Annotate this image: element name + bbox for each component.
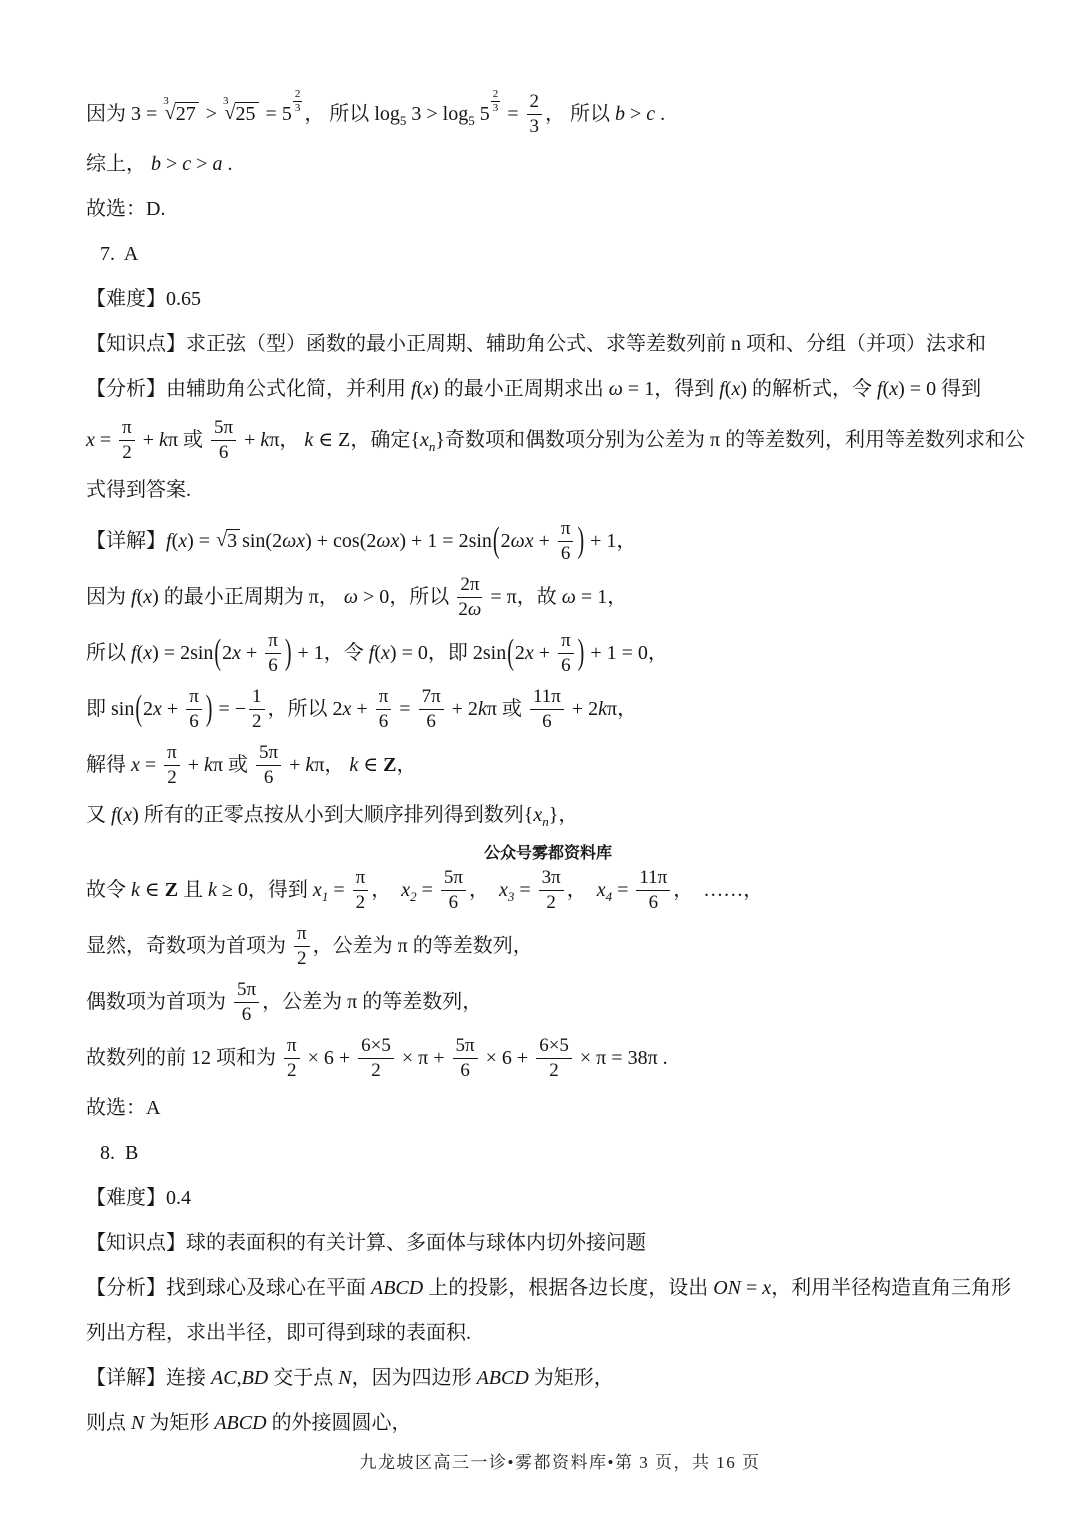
math-text: 2	[297, 948, 307, 969]
fraction: 12	[249, 686, 265, 732]
text-run: 偶数项为首项为	[86, 990, 231, 1015]
math-var: x	[762, 1276, 771, 1301]
fraction: π2	[353, 867, 369, 913]
fraction: 7π6	[419, 686, 444, 732]
numerator: 5π	[453, 1035, 478, 1058]
math-var: x	[343, 697, 352, 722]
math-var: x	[381, 641, 390, 666]
text-run: 交于点	[268, 1366, 338, 1391]
math-text: 5π	[214, 417, 233, 438]
denominator: 6	[460, 1059, 470, 1081]
text-run: 7. A	[100, 242, 138, 267]
text-run: ，即	[428, 641, 473, 666]
math-roman: 3 >	[406, 102, 442, 127]
math-roman: )	[740, 377, 747, 402]
fraction: 3π2	[539, 867, 564, 913]
math-roman: 5	[282, 102, 292, 127]
math-roman: + 2	[567, 697, 598, 722]
math-var-sub: x3	[499, 878, 514, 903]
denominator: 2	[122, 441, 132, 463]
big-paren-right: )	[206, 687, 213, 732]
math-roman: 2	[143, 697, 153, 722]
root-index: 3	[163, 95, 169, 108]
text-run: ，	[371, 878, 401, 903]
math-text: 2	[458, 599, 468, 620]
math-text: 2	[122, 442, 132, 463]
numerator: π	[558, 630, 574, 653]
math-roman: +	[534, 529, 555, 554]
text-run: 又	[86, 803, 111, 828]
math-roman: (2	[265, 529, 282, 554]
text-run: 【详解】连接	[86, 1366, 211, 1391]
denominator: 6	[379, 710, 389, 732]
text-run: ，	[567, 878, 597, 903]
math-var: k	[598, 697, 607, 722]
math-roman: ) = 0	[390, 641, 428, 666]
math-roman: +	[241, 641, 262, 666]
numerator: π	[376, 686, 392, 709]
q7-detail-2: 因为 f(x) 的最小正周期为 π， ω > 0，所以 2π2ω = π，故 ω…	[86, 569, 1016, 625]
numerator: 1	[249, 686, 265, 709]
fraction: π2	[164, 742, 180, 788]
radicand: 3	[226, 529, 240, 553]
radicand: 27	[175, 102, 199, 126]
math-roman: = π	[485, 585, 516, 610]
math-var: ABCD	[371, 1276, 423, 1301]
math-roman: ) = 2sin	[152, 641, 213, 666]
math-roman: π	[487, 697, 502, 722]
text-run: ，得到	[248, 878, 313, 903]
math-text: 7π	[422, 686, 441, 707]
q7-detail-1: 【详解】f(x) = √3sin(2ωx) + cos(2ωx) + 1 = 2…	[86, 513, 1016, 569]
math-roman: .	[222, 152, 232, 177]
text-run: 【详解】	[86, 529, 166, 554]
math-text: 5π	[456, 1035, 475, 1056]
denominator: 2	[546, 891, 556, 913]
denominator: 2	[297, 947, 307, 969]
answer-item-8: 8. B	[86, 1131, 1016, 1176]
math-roman: + 1 = 0	[585, 641, 648, 666]
math-text: π	[561, 630, 571, 651]
denominator: 6	[189, 710, 199, 732]
denominator: 3	[530, 115, 540, 137]
math-roman: 2	[515, 641, 525, 666]
math-var: ON	[713, 1276, 741, 1301]
math-text: 6×5	[361, 1035, 391, 1056]
math-var-sub: x1	[313, 878, 328, 903]
text-run: ，令	[324, 641, 369, 666]
math-roman: )	[132, 803, 139, 828]
q6-conclusion: 综上， b > c > a .	[86, 142, 1016, 187]
q8-analysis-2: 列出方程，求出半径，即可得到球的表面积.	[86, 1311, 1016, 1356]
fraction: π2	[284, 1035, 300, 1081]
math-roman: ) + cos	[305, 529, 360, 554]
math-text: π	[379, 686, 389, 707]
math-text: π	[287, 1035, 297, 1056]
q8-difficulty: 【难度】0.4	[86, 1176, 1016, 1221]
numerator: 11π	[636, 867, 670, 890]
math-text: 6	[649, 892, 659, 913]
text-run: 上的投影，根据各边长度，设出	[423, 1276, 713, 1301]
text-run: ，	[616, 529, 636, 554]
numerator: 3π	[539, 867, 564, 890]
numerator: π	[558, 518, 574, 541]
denominator: 2	[252, 710, 262, 732]
math-var: k	[159, 428, 168, 453]
math-var: x	[889, 377, 898, 402]
text-run: 或	[183, 428, 208, 453]
text-run: 则点	[86, 1411, 131, 1436]
math-var-sub: x4	[597, 878, 612, 903]
math-text: 2	[167, 767, 177, 788]
text-run: 或	[502, 697, 527, 722]
math-var: N	[338, 1366, 351, 1391]
math-roman: π	[607, 697, 617, 722]
exponent-fraction: 23	[293, 88, 303, 113]
math-text: 11π	[639, 867, 667, 888]
text-run: 所以	[86, 641, 131, 666]
math-var: x	[143, 585, 152, 610]
math-roman: =	[612, 878, 633, 903]
math-text: 3	[530, 116, 540, 137]
math-var: ω	[609, 377, 623, 402]
math-roman: }	[549, 803, 559, 828]
math-roman: π	[710, 428, 720, 453]
denominator: 2	[287, 1059, 297, 1081]
math-roman: +	[351, 697, 372, 722]
math-bold-set: Z	[165, 878, 178, 903]
math-roman: =	[417, 878, 438, 903]
text-run: 所有的正零点按从小到大顺序排列得到数列	[139, 803, 524, 828]
root-index: 3	[223, 95, 229, 108]
denominator: 3	[295, 102, 301, 114]
denominator: 2	[356, 891, 366, 913]
math-roman: π	[168, 428, 183, 453]
text-run: ，因为四边形	[352, 1366, 477, 1391]
q6-detail-compare: 因为 3 = 3√27 > 3√25 = 523， 所以 log5 3 > lo…	[86, 86, 1016, 142]
math-roman: {	[524, 803, 534, 828]
math-roman: = 1	[576, 585, 607, 610]
numerator: 5π	[211, 417, 236, 440]
fraction: 23	[527, 91, 543, 137]
math-roman: =	[140, 753, 161, 778]
cube-root: 3√27	[163, 102, 198, 126]
math-roman: π	[398, 934, 408, 959]
numerator: 5π	[256, 742, 281, 765]
fraction: 11π6	[636, 867, 670, 913]
math-roman: +	[162, 697, 183, 722]
math-roman: > 0	[358, 585, 389, 610]
math-var-sub: x2	[401, 878, 416, 903]
q7-detail-4: 即 sin(2x + π6) = −12，所以 2x + π6 = 7π6 + …	[86, 681, 1016, 737]
math-roman: × π = 38π	[575, 1046, 658, 1071]
text-run: ，	[319, 585, 344, 610]
math-roman: (2	[360, 529, 377, 554]
math-roman: sin	[242, 529, 265, 554]
q8-detail-1: 【详解】连接 AC,BD 交于点 N，因为四边形 ABCD 为矩形，	[86, 1356, 1016, 1401]
text-run: ，	[469, 878, 499, 903]
answer-item-7: 7. A	[86, 232, 1016, 277]
text-run: 【分析】找到球心及球心在平面	[86, 1276, 371, 1301]
math-text: 2	[371, 1060, 381, 1081]
math-roman: +	[284, 753, 305, 778]
math-text: 5π	[237, 979, 256, 1000]
math-roman: =	[394, 697, 415, 722]
big-paren-right: )	[577, 519, 584, 564]
math-text: 2	[356, 892, 366, 913]
text-run: 的解析式，令	[747, 377, 877, 402]
text-run: ，故	[517, 585, 562, 610]
text-run: 即	[86, 697, 111, 722]
numerator: 2π	[457, 574, 482, 597]
numerator: π	[119, 417, 135, 440]
math-roman: 2	[333, 697, 343, 722]
math-roman: ) + 1 = 2sin	[399, 529, 492, 554]
text-run: 且	[178, 878, 208, 903]
radicand: 25	[235, 102, 259, 126]
text-run: ，	[324, 753, 349, 778]
denominator: 6	[426, 710, 436, 732]
math-function: log5	[443, 102, 475, 127]
math-var: ωx	[511, 529, 534, 554]
fraction: 5π6	[441, 867, 466, 913]
q8-detail-2: 则点 N 为矩形 ABCD 的外接圆圆心，	[86, 1401, 1016, 1446]
big-paren-left: (	[214, 631, 221, 676]
math-var: b	[151, 152, 161, 177]
math-roman: π	[309, 585, 319, 610]
text-run: 公众号雾都资料库	[484, 846, 612, 862]
fraction: π6	[558, 630, 574, 676]
text-run: ，利用半径构造直角三角形	[771, 1276, 1011, 1301]
math-roman: )	[432, 377, 439, 402]
math-roman: >	[191, 152, 212, 177]
q7-detail-9: 偶数项为首项为 5π6，公差为 π 的等差数列，	[86, 974, 1016, 1030]
text-run: 故令	[86, 878, 131, 903]
math-var-sub: xn	[533, 803, 548, 828]
math-var: k	[304, 428, 313, 453]
math-var: b	[615, 102, 625, 127]
math-text: 5π	[259, 742, 278, 763]
text-run: 的外接圆圆心，	[267, 1411, 412, 1436]
denominator: 6	[219, 441, 229, 463]
math-roman: +	[534, 641, 555, 666]
math-var: x	[232, 641, 241, 666]
math-var: ABCD	[214, 1411, 266, 1436]
q7-detail-3: 所以 f(x) = 2sin(2x + π6) + 1，令 f(x) = 0，即…	[86, 625, 1016, 681]
math-text: 6×5	[539, 1035, 569, 1056]
math-roman: >	[201, 102, 222, 127]
q7-analysis-3: 式得到答案.	[86, 468, 1016, 513]
text-run: ， 所以	[545, 102, 615, 127]
fraction: 5π6	[256, 742, 281, 788]
math-roman: =	[95, 428, 116, 453]
math-roman: = −	[213, 697, 246, 722]
text-run: 得到	[936, 377, 981, 402]
text-run: ， ……，	[673, 878, 763, 903]
fraction: 2π2ω	[457, 574, 482, 620]
q8-analysis-1: 【分析】找到球心及球心在平面 ABCD 上的投影，根据各边长度，设出 ON = …	[86, 1266, 1016, 1311]
math-roman: =	[502, 102, 523, 127]
q7-detail-8: 显然，奇数项为首项为 π2，公差为 π 的等差数列，	[86, 918, 1016, 974]
text-run: 为矩形	[144, 1411, 214, 1436]
document-lines: 因为 3 = 3√27 > 3√25 = 523， 所以 log5 3 > lo…	[0, 0, 1080, 1446]
math-var: ωx	[376, 529, 399, 554]
math-roman: 2	[222, 641, 232, 666]
math-var: x	[153, 697, 162, 722]
math-roman: 2	[501, 529, 511, 554]
math-text: 11π	[533, 686, 561, 707]
text-run: 的最小正周期求出	[439, 377, 609, 402]
math-text: 6	[426, 711, 436, 732]
text-run: 因为	[86, 585, 131, 610]
math-var: ωx	[282, 529, 305, 554]
math-roman: 2sin	[473, 641, 506, 666]
denominator: 6	[268, 654, 278, 676]
math-roman: 3 =	[131, 102, 162, 127]
q7-analysis-2: x = π2 + kπ 或 5π6 + kπ， k ∈ Z，确定{xn}奇数项和…	[86, 412, 1016, 468]
math-var: k	[305, 753, 314, 778]
math-text: 2π	[460, 574, 479, 595]
denominator: 2	[549, 1059, 559, 1081]
numerator: π	[284, 1035, 300, 1058]
math-roman: )	[152, 585, 159, 610]
math-roman: +	[138, 428, 159, 453]
denominator: 6	[449, 891, 459, 913]
big-paren-right: )	[578, 631, 585, 676]
text-run: 综上，	[86, 152, 151, 177]
math-var: x	[423, 377, 432, 402]
math-var: x	[178, 529, 187, 554]
math-var: x	[123, 803, 132, 828]
math-text: 6	[219, 442, 229, 463]
math-text: π	[356, 867, 366, 888]
text-run: .	[658, 1046, 668, 1071]
math-var-sub: xn	[420, 428, 435, 453]
fraction: π2	[119, 417, 135, 463]
math-roman: π	[314, 753, 324, 778]
math-text: 2	[252, 711, 262, 732]
math-text: 6	[561, 655, 571, 676]
fraction: π2	[294, 923, 310, 969]
text-run: ， 所以	[304, 102, 374, 127]
math-text: 3π	[542, 867, 561, 888]
denominator: 2ω	[458, 598, 481, 620]
q7-answer-choice: 故选：A	[86, 1086, 1016, 1131]
fraction: 6×52	[536, 1035, 572, 1081]
math-var: k	[131, 878, 140, 903]
math-roman: π	[347, 990, 357, 1015]
watermark-line: 公众号雾都资料库	[86, 838, 1016, 862]
math-text: 6	[379, 711, 389, 732]
math-text: π	[561, 518, 571, 539]
q7-detail-5: 解得 x = π2 + kπ 或 5π6 + kπ， k ∈ Z，	[86, 737, 1016, 793]
math-var: k	[349, 753, 358, 778]
q7-detail-6: 又 f(x) 所有的正零点按从小到大顺序排列得到数列{xn}，	[86, 793, 1016, 838]
q8-knowledge-points: 【知识点】球的表面积的有关计算、多面体与球体内切外接问题	[86, 1221, 1016, 1266]
numerator: π	[353, 867, 369, 890]
math-text: π	[122, 417, 132, 438]
fraction: 6×52	[358, 1035, 394, 1081]
math-text: 6	[242, 1004, 252, 1025]
math-var: N	[131, 1411, 144, 1436]
math-var: AC	[211, 1366, 237, 1391]
math-roman: π	[213, 753, 228, 778]
text-run: ，所以	[389, 585, 454, 610]
math-roman: +	[183, 753, 204, 778]
math-var: c	[182, 152, 191, 177]
denominator: 6	[542, 710, 552, 732]
text-run: 为矩形，	[529, 1366, 614, 1391]
big-paren-left: (	[493, 519, 500, 564]
math-roman: π	[269, 428, 279, 453]
math-roman: ) = 0	[898, 377, 936, 402]
math-roman: =	[261, 102, 282, 127]
numerator: 6×5	[536, 1035, 572, 1058]
math-roman: }	[435, 428, 445, 453]
math-roman: sin	[111, 697, 134, 722]
math-roman: + 2	[447, 697, 478, 722]
text-run: ，	[279, 428, 304, 453]
math-roman: = 1	[623, 377, 654, 402]
footer-text: 九龙坡区高三一诊•雾都资料库•第 3 页，共 16 页	[360, 1453, 761, 1472]
text-run: 【知识点】球的表面积的有关计算、多面体与球体内切外接问题	[86, 1231, 646, 1256]
math-text: π	[297, 923, 307, 944]
math-text: 6	[189, 711, 199, 732]
page-footer: 九龙坡区高三一诊•雾都资料库•第 3 页，共 16 页	[0, 1448, 1080, 1473]
sqrt-radical: √3	[216, 529, 240, 553]
text-run: ，公差为	[313, 934, 398, 959]
math-text: π	[268, 630, 278, 651]
q7-knowledge-points: 【知识点】求正弦（型）函数的最小正周期、辅助角公式、求等差数列前 n 项和、分组…	[86, 322, 1016, 367]
math-text: 6	[561, 543, 571, 564]
numerator: π	[265, 630, 281, 653]
denominator: 2	[167, 766, 177, 788]
math-var: ABCD	[477, 1366, 529, 1391]
denominator: 6	[649, 891, 659, 913]
q7-detail-7: 故令 k ∈ Z 且 k ≥ 0，得到 x1 = π2， x2 = 5π6， x…	[86, 862, 1016, 918]
math-roman: =	[741, 1276, 762, 1301]
math-roman: ∈ Z	[313, 428, 350, 453]
math-var: x	[131, 753, 140, 778]
text-run: ，确定	[350, 428, 410, 453]
exam-solution-page: 因为 3 = 3√27 > 3√25 = 523， 所以 log5 3 > lo…	[0, 0, 1080, 1527]
numerator: 6×5	[358, 1035, 394, 1058]
math-text: 6	[268, 655, 278, 676]
text-run: 【分析】由辅助角公式化简，并利用	[86, 377, 411, 402]
text-run: 故选：D.	[86, 197, 165, 222]
numerator: 11π	[530, 686, 564, 709]
denominator: 2	[371, 1059, 381, 1081]
denominator: 3	[493, 102, 499, 114]
math-var: x	[731, 377, 740, 402]
math-text: 2	[549, 1060, 559, 1081]
math-text: ω	[468, 599, 481, 620]
math-roman: × 6 +	[481, 1046, 534, 1071]
text-run: 的最小正周期为	[159, 585, 309, 610]
math-var: k	[208, 878, 217, 903]
text-run: 8. B	[100, 1141, 138, 1166]
fraction: 5π6	[453, 1035, 478, 1081]
text-run: 的等差数列，	[408, 934, 533, 959]
math-var: x	[86, 428, 95, 453]
numerator: 2	[527, 91, 543, 114]
fraction: π6	[265, 630, 281, 676]
text-run: ，	[648, 641, 668, 666]
math-text: 1	[252, 686, 262, 707]
numerator: 5π	[234, 979, 259, 1002]
numerator: 5π	[441, 867, 466, 890]
text-run: ，	[558, 803, 578, 828]
